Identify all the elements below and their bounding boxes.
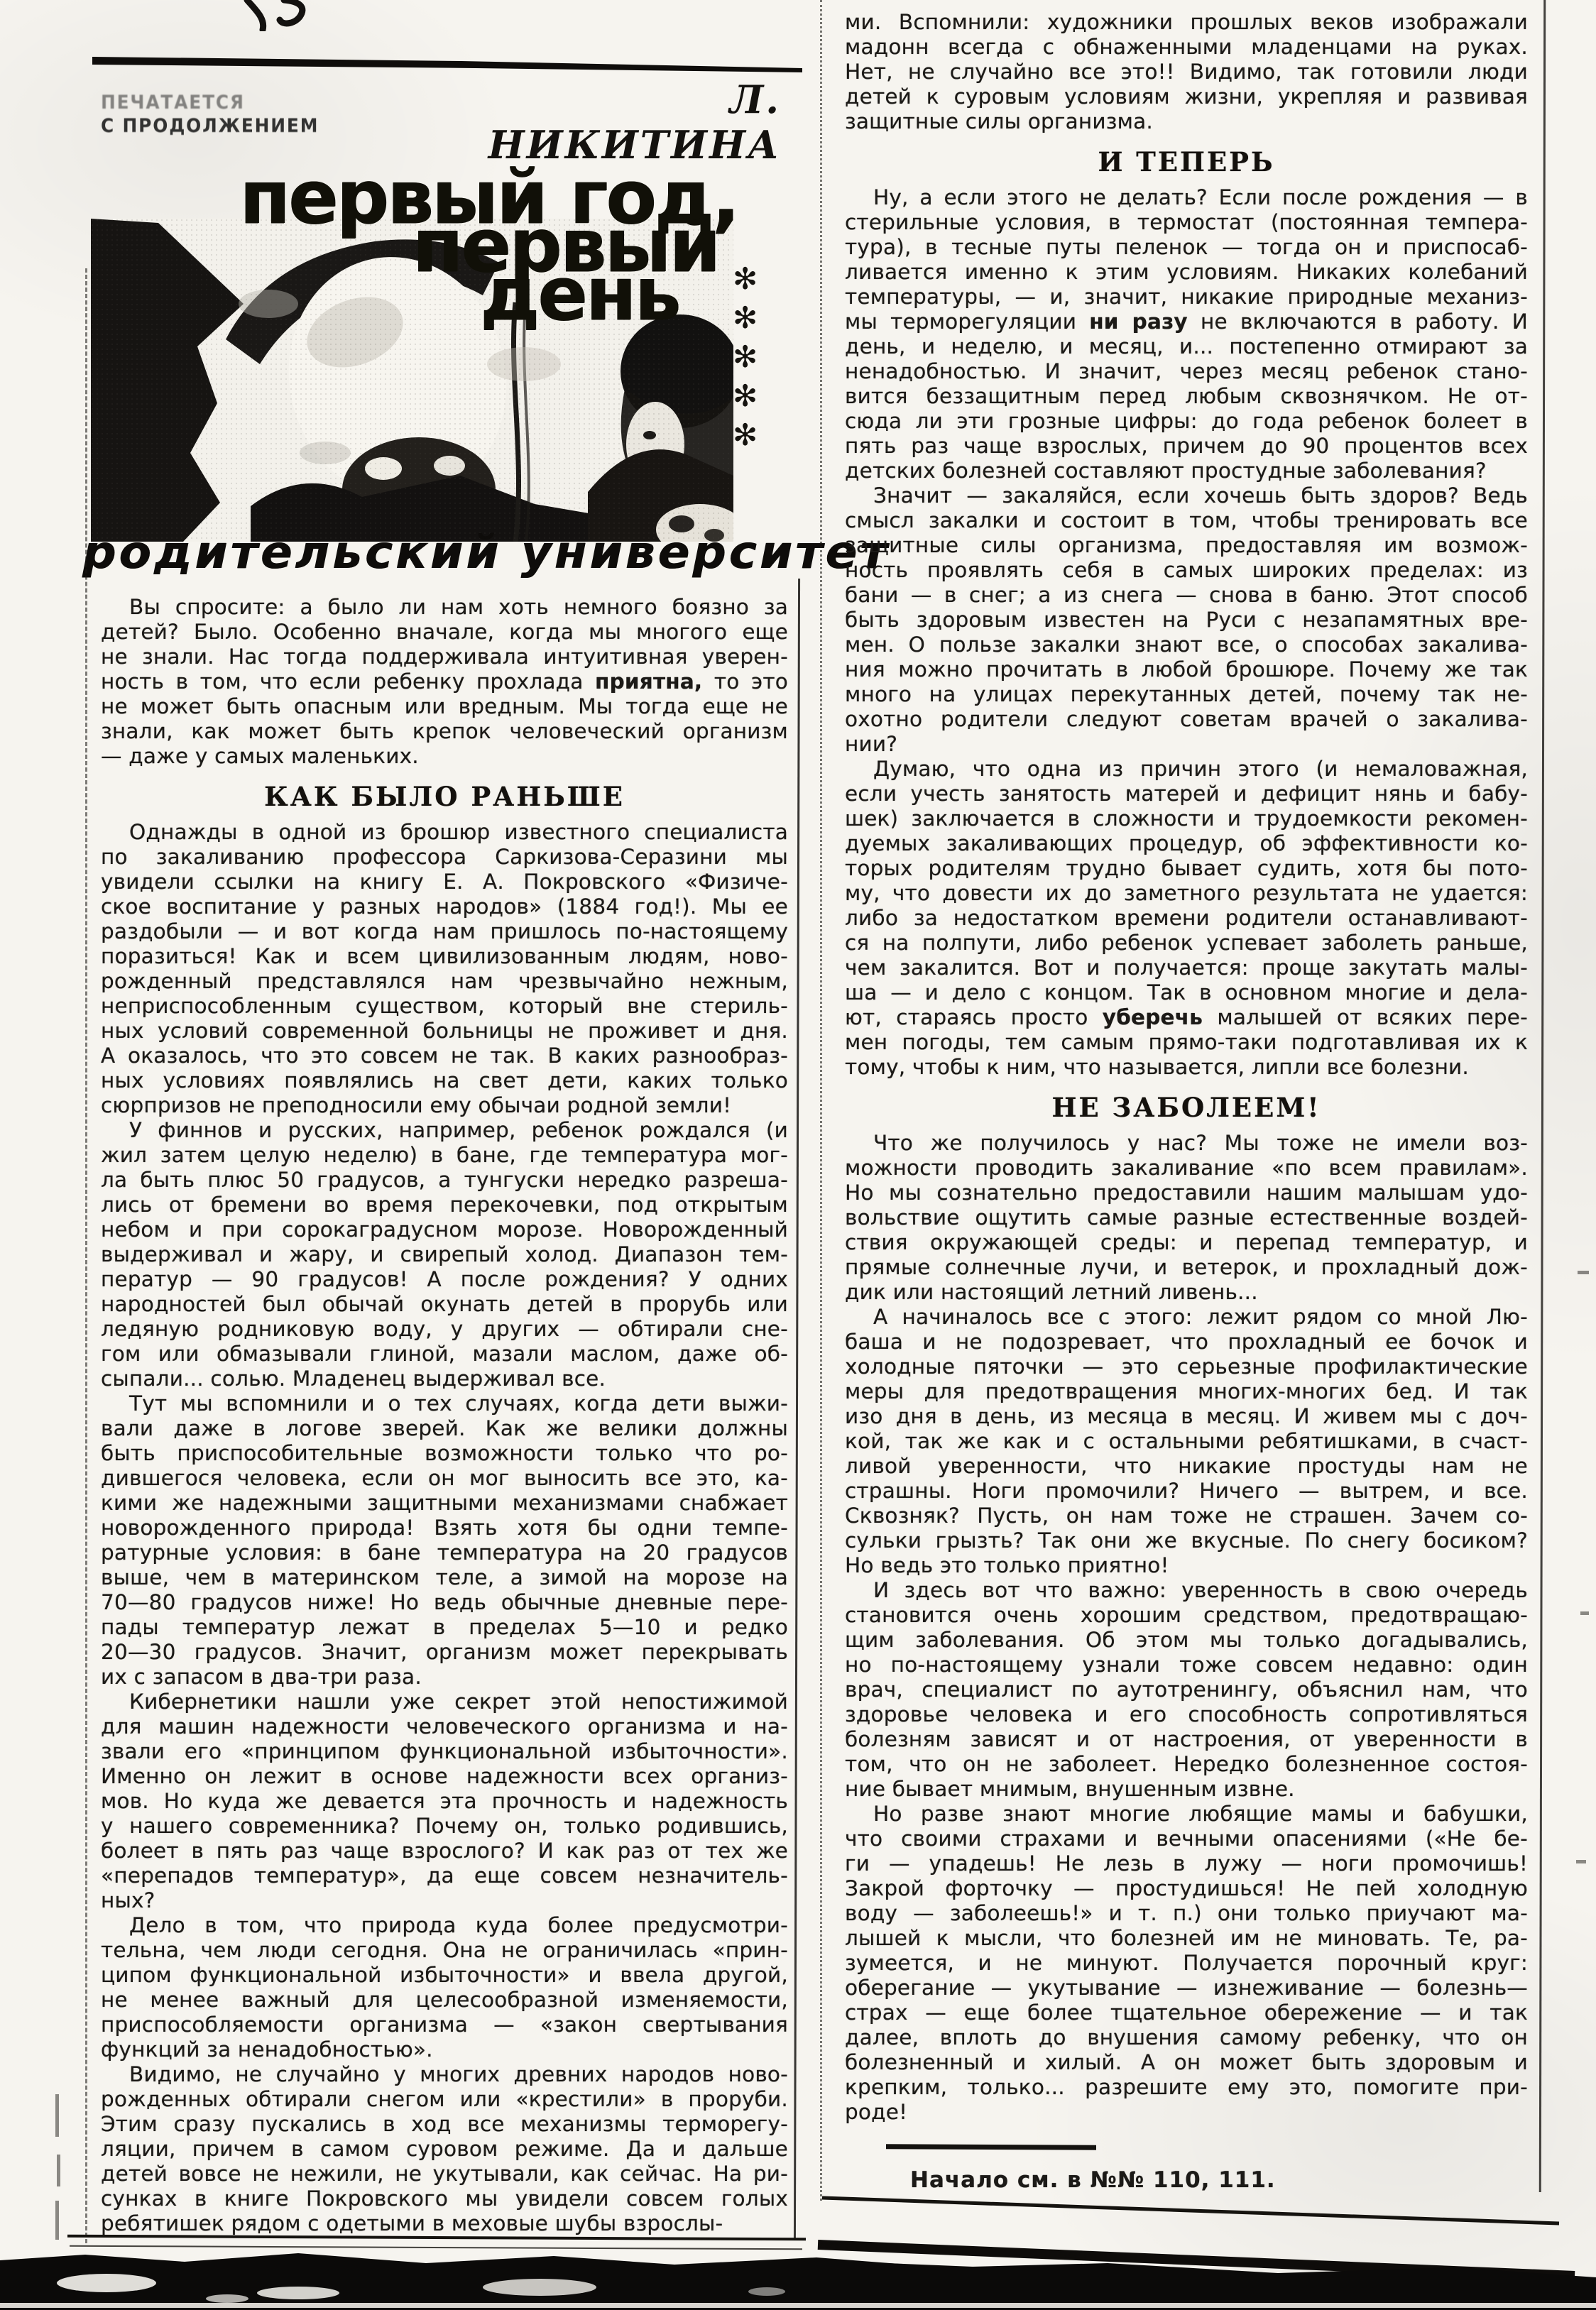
article-line: ла быть плюс 50 градусов, а тунгуски нер… <box>101 1168 788 1193</box>
article-line: мен. О пользе закалки знают все, о спосо… <box>845 633 1528 657</box>
article-line: ское воспитание у разных народов» (1884 … <box>101 894 788 919</box>
stamp-line-1: ПЕЧАТАЕТСЯ <box>101 91 319 114</box>
article-line: У финнов и русских, например, ребенок ро… <box>101 1118 788 1143</box>
continuation-stamp: ПЕЧАТАЕТСЯ С ПРОДОЛЖЕНИЕМ <box>101 91 319 138</box>
article-line: охотно родители следуют советам врачей о… <box>845 707 1528 732</box>
article-line: мен погоды, тем самым прямо-таки подгота… <box>845 1030 1528 1055</box>
article-line: — даже у самых маленьких. <box>101 744 788 769</box>
article-line: их с запасом в два-три раза. <box>101 1665 788 1690</box>
article-line: мов. Но куда же девается эта прочность и… <box>101 1789 788 1814</box>
article-line: сыпали... солью. Младенец выдерживал все… <box>101 1367 788 1391</box>
article-line: сюда ли эти грозные цифры: до года ребен… <box>845 409 1528 434</box>
article-line: пады температур лежат в пределах 5—10 и … <box>101 1615 788 1640</box>
article-line: прямые солнечные лучи, и ветерок, и прох… <box>845 1255 1528 1280</box>
paragraph: Ну, а если этого не делать? Если после р… <box>845 185 1528 483</box>
article-line: детей вовсе не нежили, не укутывали, как… <box>101 2162 788 2186</box>
article-line: шек) заключается в сложности и трудоемко… <box>845 806 1528 831</box>
article-line: много на улицах перекутанных детей, поче… <box>845 682 1528 707</box>
article-line: мы терморегуляции ни разу не включаются … <box>845 310 1528 334</box>
article-line: Видимо, не случайно у многих древних нар… <box>101 2062 788 2087</box>
article-line: дик или настоящий летний ливень... <box>845 1280 1528 1305</box>
article-line: ненадобностью. И значит, через месяц реб… <box>845 359 1528 384</box>
article-line: Дело в том, что природа куда более преду… <box>101 1913 788 1938</box>
article-line: бани — в снег; а из снега — снова в баню… <box>845 583 1528 608</box>
top-rule <box>92 53 806 77</box>
paragraph: Значит — закаляйся, если хочешь быть здо… <box>845 483 1528 757</box>
article-line: ных условий современной больницы не прож… <box>101 1019 788 1044</box>
article-line: врач, специалист по аутотренингу, объясн… <box>845 1677 1528 1702</box>
article-line: ми. Вспомнили: художники прошлых веков и… <box>845 10 1528 35</box>
article-line: крепким, только... разрешите ему это, по… <box>845 2075 1528 2100</box>
article-line: ператур — 90 градусов! А после рождения?… <box>101 1267 788 1292</box>
article-line: защитные силы организма, предоставляя им… <box>845 533 1528 558</box>
article-line: быть приспособительные возможности тольк… <box>101 1441 788 1466</box>
handwritten-mark <box>234 0 398 31</box>
paragraph: У финнов и русских, например, ребенок ро… <box>101 1118 788 1391</box>
paragraph: Однажды в одной из брошюр известного спе… <box>101 820 788 1118</box>
article-line: либо за недостатком времени родители ост… <box>845 906 1528 931</box>
article-line: А начиналось все с этого: лежит рядом со… <box>845 1305 1528 1330</box>
article-line: роде! <box>845 2100 1528 2125</box>
article-line: том, что он не заболеет. Нередко болезне… <box>845 1752 1528 1777</box>
article-line: Однажды в одной из брошюр известного спе… <box>101 820 788 845</box>
article-line: сульки грызть? Так они же вкусные. По сн… <box>845 1528 1528 1553</box>
article-line: нии? <box>845 732 1528 757</box>
scan-mark <box>1576 1860 1586 1863</box>
article-line: ных условиях появлялись на свет дети, ка… <box>101 1068 788 1093</box>
article-line: вали даже в логове зверей. Как же велики… <box>101 1416 788 1441</box>
article-line: Но разве знают многие любящие мамы и баб… <box>845 1802 1528 1827</box>
article-line: вольствие ощутить самые разные естествен… <box>845 1205 1528 1230</box>
left-column-left-rule <box>85 268 87 2243</box>
article-line: увидели ссылки на книгу Е. А. Покровског… <box>101 870 788 894</box>
article-line: ша — и дело с концом. Так в основном мно… <box>845 980 1528 1005</box>
article-line: гом или обмазывали глиной, мазали маслом… <box>101 1342 788 1367</box>
article-line: если учесть занятость матерей и дефицит … <box>845 782 1528 806</box>
article-line: ность проявлять себя в самых широких пре… <box>845 558 1528 583</box>
section-heading: И ТЕПЕРЬ <box>845 146 1528 177</box>
article-line: звали его «принципом функциональной избы… <box>101 1739 788 1764</box>
article-line: И здесь вот что важно: уверенность в сво… <box>845 1578 1528 1603</box>
article-line: ние бывает мнимым, внушенным извне. <box>845 1777 1528 1802</box>
article-line: оберегание — укутывание — изнеживание — … <box>845 1976 1528 2000</box>
article-line: можности проводить закаливание «по всем … <box>845 1156 1528 1181</box>
stamp-line-2: С ПРОДОЛЖЕНИЕМ <box>101 114 319 138</box>
article-line: Вы спросите: а было ли нам хоть немного … <box>101 595 788 620</box>
headline-line-3: день <box>480 258 679 329</box>
article-line: ги — упадешь! Не лезь в лужу — ноги пром… <box>845 1851 1528 1876</box>
article-line: баша и не подозревает, что прохладный ее… <box>845 1330 1528 1354</box>
article-line: ципом функциональной избыточности» и вве… <box>101 1963 788 1988</box>
article-line: выше, чем в материнском теле, а зимой на… <box>101 1565 788 1590</box>
article-line: не знали. Нас тогда поддерживала интуити… <box>101 645 788 669</box>
article-line: быть здоровым известен на Руси с незапам… <box>845 608 1528 633</box>
article-line: А оказалось, что это совсем не так. В ка… <box>101 1044 788 1068</box>
scan-mark <box>57 2155 60 2186</box>
article-line: не может быть опасным или вредным. Мы то… <box>101 694 788 719</box>
paragraph: ми. Вспомнили: художники прошлых веков и… <box>845 10 1528 134</box>
scan-mark <box>1580 1611 1589 1615</box>
article-line: му, что довести их до заметного результа… <box>845 881 1528 906</box>
article-line: Но мы сознательно предоставили нашим мал… <box>845 1181 1528 1205</box>
article-line: Сквозняк? Пусть, он нам тоже не страшен.… <box>845 1504 1528 1528</box>
article-line: Кибернетики нашли уже секрет этой непост… <box>101 1690 788 1714</box>
article-line: ся на полпути, либо ребенок успевает заб… <box>845 931 1528 956</box>
article-line: торых родителям трудно бывает судить, хо… <box>845 856 1528 881</box>
article-line: рожденных обтирали снегом или «крестили»… <box>101 2087 788 2112</box>
article-line: Что же получилось у нас? Мы тоже не имел… <box>845 1131 1528 1156</box>
article-line: жил затем целую неделю) в бане, где темп… <box>101 1143 788 1168</box>
article-line: день, и неделю, и месяц, и... постепенно… <box>845 334 1528 359</box>
article-line: ратурные условия: в бане температура на … <box>101 1540 788 1565</box>
article-line: ливается именно к этим условиям. Никаких… <box>845 260 1528 285</box>
paragraph: А начиналось все с этого: лежит рядом со… <box>845 1305 1528 1578</box>
article-line: температуры, — и, значит, никакие природ… <box>845 285 1528 310</box>
article-line: здоровье человека и его способность сопр… <box>845 1702 1528 1727</box>
article-line: стерильные условия, в термостат (постоян… <box>845 210 1528 235</box>
section-heading: НЕ ЗАБОЛЕЕМ! <box>845 1092 1528 1123</box>
right-column-right-rule <box>1539 0 1546 2192</box>
asterisk-icon: ✻ <box>733 420 758 450</box>
newspaper-page: ПЕЧАТАЕТСЯ С ПРОДОЛЖЕНИЕМ Л. НИКИТИНА <box>0 0 1596 2310</box>
article-line: ляции, причем в самом суровом режиме. Да… <box>101 2137 788 2162</box>
article-line: 20—30 градусов. Значит, организм может п… <box>101 1640 788 1665</box>
bottom-scan-band <box>0 2192 1596 2310</box>
article-line: кими же надежными защитными механизмами … <box>101 1491 788 1516</box>
article-line: болезненный и хилый. А он может быть здо… <box>845 2050 1528 2075</box>
article-line: тельна, чем люди сегодня. Она не огранич… <box>101 1938 788 1963</box>
article-line: детских болезней составляют простудные з… <box>845 459 1528 483</box>
article-line: раздобыли — и вот когда нам пришлось по-… <box>101 919 788 944</box>
article-line: лись от бремени во время перекочевки, по… <box>101 1193 788 1217</box>
paragraph: Тут мы вспомнили и о тех случаях, когда … <box>101 1391 788 1690</box>
article-column-left: Вы спросите: а было ли нам хоть немного … <box>101 595 788 2236</box>
paragraph: Что же получилось у нас? Мы тоже не имел… <box>845 1131 1528 1305</box>
article-line: неприспособленным существом, который вне… <box>101 994 788 1019</box>
article-line: Думаю, что одна из причин этого (и немал… <box>845 757 1528 782</box>
paragraph: Кибернетики нашли уже секрет этой непост… <box>101 1690 788 1913</box>
article-line: ния можно прочитать в любой брошюре. Поч… <box>845 657 1528 682</box>
article-line: болеет в пять раз чаще взрослого? И как … <box>101 1839 788 1863</box>
article-line: страх — еще более тщательное обережение … <box>845 2000 1528 2025</box>
article-line: дуемых закаливающих процедур, об эффекти… <box>845 831 1528 856</box>
article-line: «перепадов температур», да еще совсем не… <box>101 1863 788 1888</box>
article-line: кой, так же как и с остальными ребятишка… <box>845 1429 1528 1454</box>
article-line: щим заболевания. Об этом мы только догад… <box>845 1628 1528 1653</box>
scan-mark <box>1578 1271 1589 1274</box>
article-line: знали, как может быть крепок человечески… <box>101 719 788 744</box>
article-line: зумеется, и не минуют. Получается порочн… <box>845 1951 1528 1976</box>
article-line: ледяную родниковую воду, у других — обти… <box>101 1317 788 1342</box>
paragraph: Думаю, что одна из причин этого (и немал… <box>845 757 1528 1080</box>
article-line: страшны. Ноги промочили? Ничего — вытрем… <box>845 1479 1528 1504</box>
article-line: болезням зависят и от настроения, от уве… <box>845 1727 1528 1752</box>
article-line: Закрой форточку — простудишься! Не пей х… <box>845 1876 1528 1901</box>
article-line: смысл закалки и состоит в том, чтобы тре… <box>845 508 1528 533</box>
article-column-right: ми. Вспомнили: художники прошлых веков и… <box>845 10 1528 2193</box>
article-line: Тут мы вспомнили и о тех случаях, когда … <box>101 1391 788 1416</box>
footnote: Начало см. в №№ 110, 111. <box>910 2168 1528 2193</box>
article-line: поразиться! Как и всем цивилизованным лю… <box>101 944 788 969</box>
article-line: защитные силы организма. <box>845 109 1528 134</box>
asterisk-icon: ✻ <box>733 381 758 411</box>
article-line: ность в том, что если ребенку прохлада п… <box>101 669 788 694</box>
paragraph: И здесь вот что важно: уверенность в сво… <box>845 1578 1528 1802</box>
section-heading: КАК БЫЛО РАНЬШЕ <box>101 781 788 812</box>
article-line: дившегося человека, если он мог выносить… <box>101 1466 788 1491</box>
article-line: новорожденного природа! Взять хотя бы од… <box>101 1516 788 1540</box>
asterisk-icon: ✻ <box>733 264 758 294</box>
left-column-right-rule <box>794 579 800 2240</box>
article-line: рожденный представлялся нам чрезвычайно … <box>101 969 788 994</box>
asterisk-ornaments: ✻✻✻✻✻ <box>733 264 758 450</box>
article-line: Нет, не случайно все это!! Видимо, так г… <box>845 60 1528 84</box>
article-line: небом и при сорокаградусном морозе. Ново… <box>101 1217 788 1242</box>
footnote-rule <box>886 2144 1096 2150</box>
article-line: для машин надежности человеческого орган… <box>101 1714 788 1739</box>
article-line: народностей был обычай окунать детей в п… <box>101 1292 788 1317</box>
article-line: Значит — закаляйся, если хочешь быть здо… <box>845 483 1528 508</box>
article-line: Именно он лежит в основе надежности всех… <box>101 1764 788 1789</box>
article-line: функций за ненадобностью». <box>101 2037 788 2062</box>
article-line: ных? <box>101 1888 788 1913</box>
asterisk-icon: ✻ <box>733 342 758 372</box>
article-line: Ну, а если этого не делать? Если после р… <box>845 185 1528 210</box>
article-line: далее, вплоть до внушения самому ребенку… <box>845 2025 1528 2050</box>
article-line: меры для предотвращения многих-многих бе… <box>845 1379 1528 1404</box>
article-line: детей к суровым условиям жизни, укрепляя… <box>845 84 1528 109</box>
article-line: чем закалится. Вот и получается: проще з… <box>845 956 1528 980</box>
rubric-title: родительский университет <box>82 527 890 579</box>
article-line: воду — заболеешь!» и т. п.) они только п… <box>845 1901 1528 1926</box>
article-line: приспособляемости организма — «закон све… <box>101 2013 788 2037</box>
article-line: изо дня в день, из месяца в месяц. И жив… <box>845 1404 1528 1429</box>
scan-mark <box>55 2094 59 2137</box>
article-line: тому, чтобы к ним, что называется, липли… <box>845 1055 1528 1080</box>
article-line: 70—80 градусов ниже! Но ведь обычные дне… <box>101 1590 788 1615</box>
right-column-left-rule <box>820 0 822 2201</box>
article-line: тура), в тесные путы пеленок — тогда он … <box>845 235 1528 260</box>
paragraph: Вы спросите: а было ли нам хоть немного … <box>101 595 788 769</box>
article-line: сюрпризов не преподносили ему обычаи род… <box>101 1093 788 1118</box>
article-line: ливой уверенности, что никакие простуды … <box>845 1454 1528 1479</box>
paragraph: Но разве знают многие любящие мамы и баб… <box>845 1802 1528 2125</box>
article-line: становится очень хорошим средством, пред… <box>845 1603 1528 1628</box>
article-line: Этим сразу пускались в ход все механизмы… <box>101 2112 788 2137</box>
article-line: ют, стараясь просто уберечь малышей от в… <box>845 1005 1528 1030</box>
article-line: вится беззащитным перед любым сквознячко… <box>845 384 1528 409</box>
article-line: выдерживал и жару, и свирепый холод. Диа… <box>101 1242 788 1267</box>
article-line: мадонн всегда с обнаженными младенцами н… <box>845 35 1528 60</box>
asterisk-icon: ✻ <box>733 303 758 333</box>
article-line: лышей к мысли, что болезней им не минова… <box>845 1926 1528 1951</box>
article-line: Но ведь это только приятно! <box>845 1553 1528 1578</box>
article-line: детей? Было. Особенно вначале, когда мы … <box>101 620 788 645</box>
article-line: что своими страхами и вечными опасениями… <box>845 1827 1528 1851</box>
article-line: но по-настоящему узнали тоже совсем неда… <box>845 1653 1528 1677</box>
article-line: не менее важный для целесообразной измен… <box>101 1988 788 2013</box>
article-line: у нашего современника? Почему он, только… <box>101 1814 788 1839</box>
article-line: холодные пяточки — это серьезные профила… <box>845 1354 1528 1379</box>
article-line: пять раз чаще взрослых, причем до 90 про… <box>845 434 1528 459</box>
article-line: ствия окружающей среды: и перепад темпер… <box>845 1230 1528 1255</box>
paragraph: Дело в том, что природа куда более преду… <box>101 1913 788 2062</box>
article-line: по закаливанию профессора Саркизова-Сера… <box>101 845 788 870</box>
